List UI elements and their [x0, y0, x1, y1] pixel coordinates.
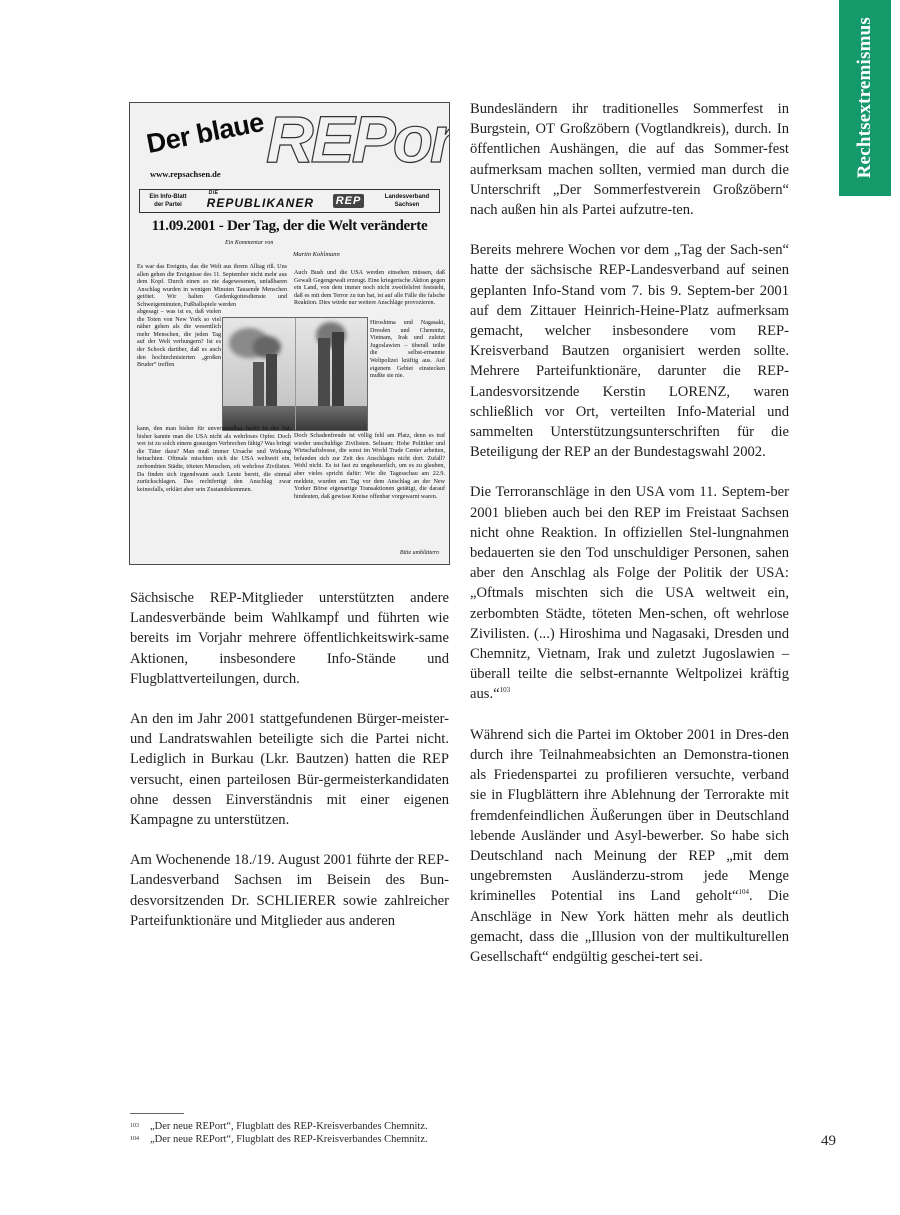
flyer-url: www.repsachsen.de	[150, 169, 221, 179]
flyer-text-6: Doch Schadenfreude ist völlig fehl am Pl…	[294, 433, 445, 501]
flyer-party-name: DIE REPUBLIKANER	[207, 192, 314, 210]
flyer-author: Martin Kohlmann	[293, 251, 340, 258]
footnotes: 103 „Der neue REPort“, Flugblatt des REP…	[130, 1121, 428, 1146]
footnote-number: 103	[130, 1121, 150, 1134]
flyer-text-3: abgesagt – was ist es, daß vielen die To…	[137, 309, 221, 370]
paragraph: Bereits mehrere Wochen vor dem „Tag der …	[470, 240, 789, 462]
flyer-party-small: DIE	[209, 190, 219, 196]
paragraph: Am Wochenende 18./19. August 2001 führte…	[130, 850, 449, 931]
rep-logo-icon: REP	[333, 194, 365, 208]
flyer-text-1: Es war das Ereignis, das die Welt aus ih…	[137, 264, 287, 310]
flyer-title-right: REPort	[266, 102, 450, 177]
footnote-ref[interactable]: 103	[500, 686, 511, 694]
flyer-text-2: Auch Bush und die USA werden einsehen mü…	[294, 270, 445, 308]
flyer-banner-left: Ein Info-Blatt der Partei	[148, 193, 188, 209]
footnote-ref[interactable]: 104	[739, 888, 750, 896]
footnote-text: „Der neue REPort“, Flugblatt des REP-Kre…	[150, 1121, 428, 1134]
wtc-photo-right	[295, 318, 368, 430]
flyer-party-label: REPUBLIKANER	[207, 196, 314, 210]
flyer-comment-by: Ein Kommentar von	[225, 240, 273, 246]
section-tab: Rechtsextremismus	[839, 0, 891, 196]
flyer-text-4: Hiroshima und Nagasaki, Dresden und Chem…	[370, 320, 445, 381]
wtc-photo-left	[223, 318, 295, 430]
section-tab-label: Rechtsextremismus	[854, 17, 876, 178]
flyer-banner-right: Landesverband Sachsen	[383, 193, 431, 209]
paragraph-with-footnote: Die Terroranschläge in den USA vom 11. S…	[470, 482, 789, 704]
flyer-turn-page: Bitte umblättern	[400, 550, 439, 556]
left-column: Sächsische REP-Mitglieder unterstützten …	[130, 588, 449, 951]
page-number: 49	[821, 1133, 836, 1150]
paragraph-text: Während sich die Partei im Oktober 2001 …	[470, 727, 789, 905]
footnote-divider	[130, 1113, 184, 1114]
paragraph: Bundesländern ihr traditionelles Sommerf…	[470, 99, 789, 220]
paragraph-text: Die Terroranschläge in den USA vom 11. S…	[470, 484, 789, 702]
flyer-headline: 11.09.2001 - Der Tag, der die Welt verän…	[130, 218, 449, 235]
footnote-text: „Der neue REPort“, Flugblatt des REP-Kre…	[150, 1134, 428, 1147]
flyer-text-5: kann, den man bisher für unverwundbar hi…	[137, 426, 291, 494]
footnote: 104 „Der neue REPort“, Flugblatt des REP…	[130, 1134, 428, 1147]
flyer-title-left: Der blaue	[144, 107, 266, 160]
wtc-photo	[222, 317, 368, 431]
right-column: Bundesländern ihr traditionelles Sommerf…	[470, 99, 789, 987]
flyer-banner: Ein Info-Blatt der Partei DIE REPUBLIKAN…	[139, 189, 440, 213]
paragraph-with-footnote: Während sich die Partei im Oktober 2001 …	[470, 725, 789, 967]
footnote-number: 104	[130, 1134, 150, 1147]
paragraph: An den im Jahr 2001 stattgefundenen Bürg…	[130, 709, 449, 830]
paragraph: Sächsische REP-Mitglieder unterstützten …	[130, 588, 449, 689]
flyer-image: Der blaue REPort www.repsachsen.de Ein I…	[129, 102, 450, 565]
footnote: 103 „Der neue REPort“, Flugblatt des REP…	[130, 1121, 428, 1134]
